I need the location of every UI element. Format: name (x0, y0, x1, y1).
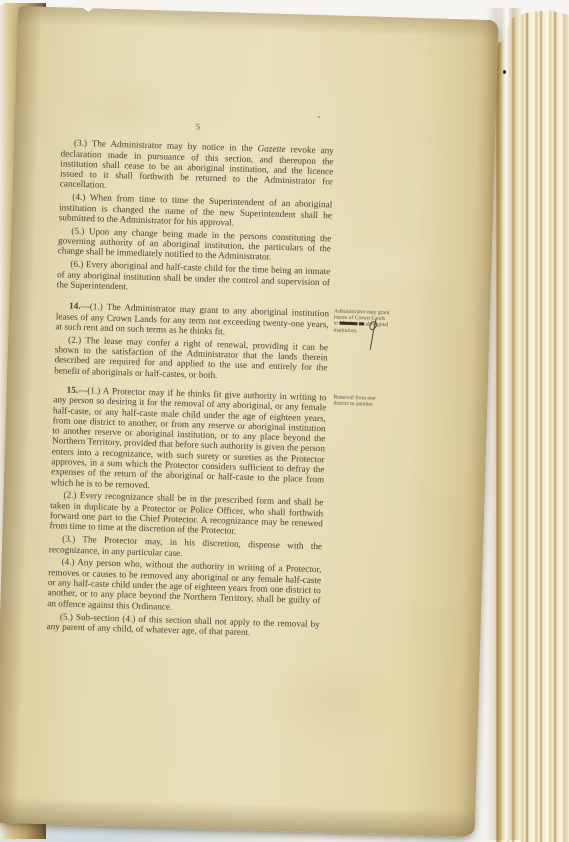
paragraph-13-3: (3.) The Administrator may by notice in … (60, 138, 334, 198)
sidenote-section-15: Removal from one district to another. (333, 395, 389, 409)
foxing-speck (318, 116, 320, 118)
page-curl-crease (486, 8, 522, 840)
section-15-number: 15. (66, 385, 78, 395)
gazette-italic: Gazette (257, 143, 285, 154)
section-15-4: (4.) Any person who, without the authori… (47, 557, 321, 617)
section-14-number: 14. (69, 301, 81, 311)
section-14-2: (2.) The lease may confer a right of ren… (54, 334, 328, 383)
section-14-1-text: —(1.) The Administrator may grant to any… (55, 301, 329, 336)
paragraph-13-6: (6.) Every aboriginal and half-caste chi… (57, 259, 331, 298)
section-15-2: (2.) Every recognizance shall be in the … (49, 490, 323, 539)
section-15-1: 15.—(1.) A Protector may if he thinks fi… (51, 384, 327, 495)
section-15-1-text: —(1.) A Protector may if he thinks fit g… (51, 385, 327, 490)
ink-speck (503, 70, 506, 74)
text-column: 5 (3.) The Administrator may by notice i… (46, 117, 334, 639)
pencil-loop-mark-icon (365, 318, 382, 352)
paragraph-13-5: (5.) Upon any change being made in the p… (58, 225, 332, 264)
paragraph-13-3-text-cont: revoke any declaration made in pursuance… (60, 144, 334, 190)
page-number: 5 (61, 117, 334, 135)
section-14-1: 14.—(1.) The Administrator may grant to … (55, 300, 329, 339)
paragraph-13-4: (4.) When from time to time the Superint… (59, 192, 333, 231)
document-page: 5 (3.) The Administrator may by notice i… (0, 6, 499, 837)
scanned-book-photo: 5 (3.) The Administrator may by notice i… (0, 0, 569, 842)
